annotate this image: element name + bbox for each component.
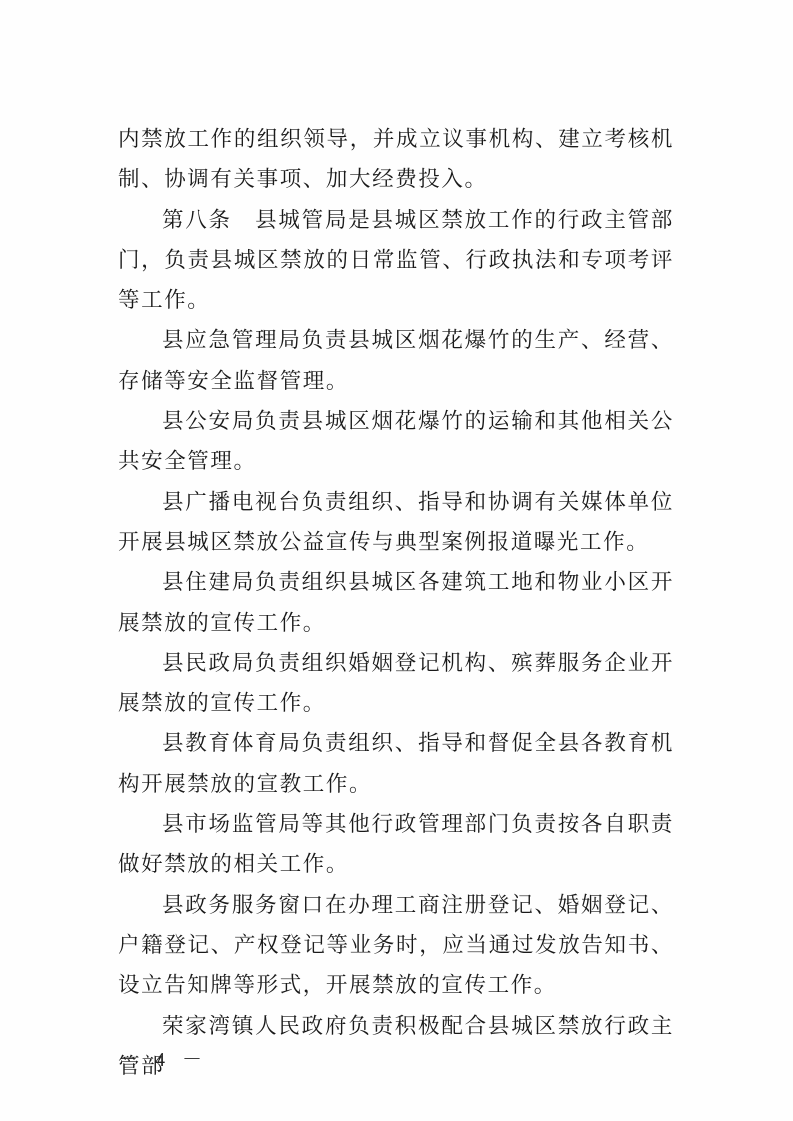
paragraph-broadcast-tv: 县广播电视台负责组织、指导和协调有关媒体单位开展县城区禁放公益宣传与典型案例报道… xyxy=(118,483,674,564)
paragraph-1: 内禁放工作的组织领导，并成立议事机构、建立考核机制、协调有关事项、加大经费投入。 xyxy=(118,120,674,201)
paragraph-housing-construction: 县住建局负责组织县城区各建筑工地和物业小区开展禁放的宣传工作。 xyxy=(118,563,674,644)
paragraph-market-regulation: 县市场监管局等其他行政管理部门负责按各自职责做好禁放的相关工作。 xyxy=(118,805,674,886)
paragraph-civil-affairs: 县民政局负责组织婚姻登记机构、殡葬服务企业开展禁放的宣传工作。 xyxy=(118,644,674,725)
document-body: 内禁放工作的组织领导，并成立议事机构、建立考核机制、协调有关事项、加大经费投入。… xyxy=(118,120,674,1087)
paragraph-education-sports: 县教育体育局负责组织、指导和督促全县各教育机构开展禁放的宣教工作。 xyxy=(118,724,674,805)
paragraph-government-service: 县政务服务窗口在办理工商注册登记、婚姻登记、户籍登记、产权登记等业务时，应当通过… xyxy=(118,886,674,1007)
page-number: － 4 － xyxy=(118,1043,208,1072)
paragraph-article-8: 第八条 县城管局是县城区禁放工作的行政主管部门，负责县城区禁放的日常监管、行政执… xyxy=(118,201,674,322)
paragraph-emergency-bureau: 县应急管理局负责县城区烟花爆竹的生产、经营、存储等安全监督管理。 xyxy=(118,321,674,402)
paragraph-public-security: 县公安局负责县城区烟花爆竹的运输和其他相关公共安全管理。 xyxy=(118,402,674,483)
document-page: 内禁放工作的组织领导，并成立议事机构、建立考核机制、协调有关事项、加大经费投入。… xyxy=(0,0,793,1121)
